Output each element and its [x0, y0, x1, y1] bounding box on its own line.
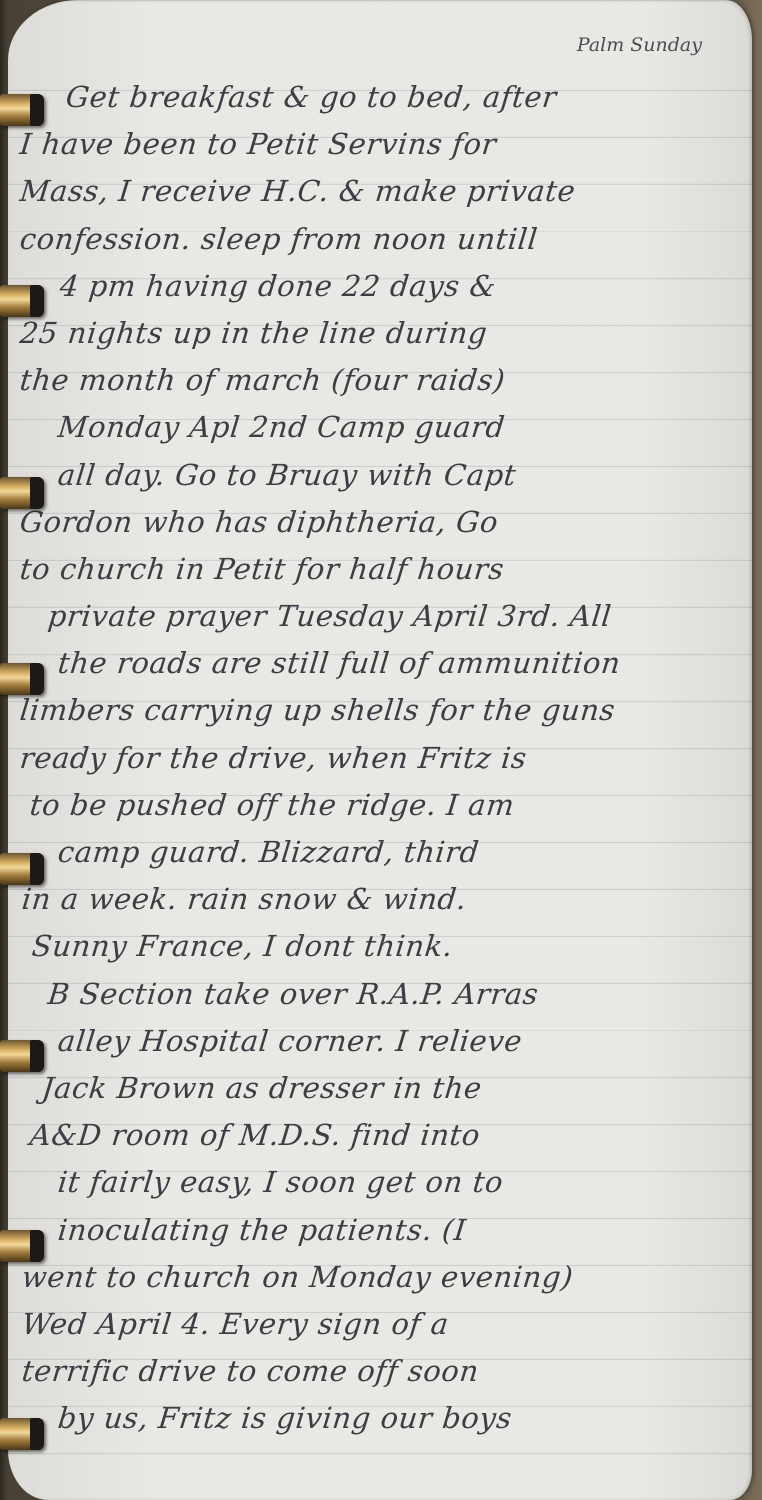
binder-ring-icon	[0, 94, 44, 126]
notebook-page: Palm Sunday Get breakfast & go to bed, a…	[8, 0, 752, 1500]
entry-line: Wed April 4. Every sign of a	[6, 1301, 755, 1348]
binder-ring-icon	[0, 663, 44, 695]
entry-line: by us, Fritz is giving our boys	[6, 1395, 755, 1442]
entry-line: it fairly easy, I soon get on to	[6, 1159, 755, 1206]
entry-line: confession. sleep from noon untill	[6, 216, 755, 263]
handwritten-entry: Get breakfast & go to bed, after I have …	[8, 74, 752, 1442]
entry-line: B Section take over R.A.P. Arras	[6, 971, 755, 1018]
entry-line: to be pushed off the ridge. I am	[6, 782, 755, 829]
entry-line: to church in Petit for half hours	[6, 546, 755, 593]
entry-line: alley Hospital corner. I relieve	[6, 1018, 755, 1065]
entry-line: Monday Apl 2nd Camp guard	[6, 404, 755, 451]
entry-line: limbers carrying up shells for the guns	[6, 687, 755, 734]
entry-line: A&D room of M.D.S. find into	[6, 1112, 755, 1159]
entry-line: ready for the drive, when Fritz is	[6, 735, 755, 782]
entry-line: the month of march (four raids)	[6, 357, 755, 404]
entry-line: Mass, I receive H.C. & make private	[6, 168, 755, 215]
entry-line: went to church on Monday evening)	[6, 1254, 755, 1301]
entry-line: in a week. rain snow & wind.	[6, 876, 755, 923]
notebook-photo: Palm Sunday Get breakfast & go to bed, a…	[0, 0, 762, 1500]
entry-line: I have been to Petit Servins for	[6, 121, 755, 168]
entry-line: Sunny France, I dont think.	[6, 923, 755, 970]
entry-line: the roads are still full of ammunition	[6, 640, 755, 687]
binder-ring-icon	[0, 1040, 44, 1072]
binder-ring-icon	[0, 1230, 44, 1262]
header-date-note: Palm Sunday	[577, 34, 702, 56]
entry-line: Gordon who has diphtheria, Go	[6, 499, 755, 546]
entry-line: private prayer Tuesday April 3rd. All	[6, 593, 755, 640]
entry-line: 4 pm having done 22 days &	[6, 263, 755, 310]
binder-ring-icon	[0, 853, 44, 885]
binder-ring-icon	[0, 1418, 44, 1450]
entry-line: camp guard. Blizzard, third	[6, 829, 755, 876]
entry-line: terrific drive to come off soon	[6, 1348, 755, 1395]
binder-ring-icon	[0, 285, 44, 317]
entry-line: Jack Brown as dresser in the	[6, 1065, 755, 1112]
binder-ring-icon	[0, 477, 44, 509]
entry-line: Get breakfast & go to bed, after	[6, 74, 755, 121]
entry-line: 25 nights up in the line during	[6, 310, 755, 357]
entry-line: inoculating the patients. (I	[6, 1207, 755, 1254]
entry-line: all day. Go to Bruay with Capt	[6, 452, 755, 499]
